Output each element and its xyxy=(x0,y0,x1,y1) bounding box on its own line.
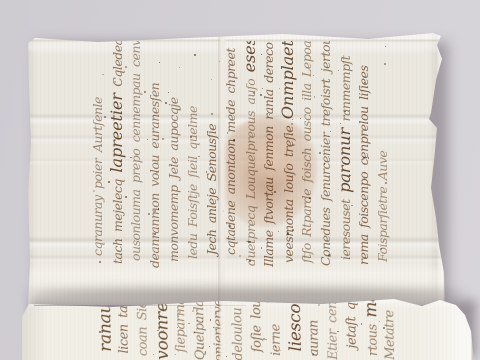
ink-speck xyxy=(340,123,341,124)
ink-speck xyxy=(115,240,116,241)
ink-speck xyxy=(175,354,176,355)
ink-speck xyxy=(188,323,190,325)
ink-speck xyxy=(330,131,331,132)
ink-speck xyxy=(202,347,204,349)
center-fold-line-lower xyxy=(218,297,227,360)
ink-speck xyxy=(292,119,293,120)
ink-speck xyxy=(159,318,161,320)
ink-speck xyxy=(312,353,314,355)
ink-speck xyxy=(210,319,212,321)
ink-speck xyxy=(300,118,301,119)
ink-speck xyxy=(158,208,160,210)
ink-speck xyxy=(313,75,315,77)
ink-speck xyxy=(99,331,101,333)
ink-speck xyxy=(162,138,164,140)
ink-speck xyxy=(368,157,370,159)
ink-speck xyxy=(212,174,214,176)
ink-speck xyxy=(344,111,346,113)
ink-speck xyxy=(229,225,231,227)
ink-specks-upper xyxy=(28,33,445,305)
ink-speck xyxy=(293,309,295,311)
ink-speck xyxy=(147,139,148,140)
ink-speck xyxy=(261,247,263,249)
ink-speck xyxy=(261,54,262,55)
fold-gap-shadow xyxy=(26,288,466,300)
ink-speck xyxy=(295,325,297,327)
ink-speck xyxy=(253,92,255,94)
ink-speck xyxy=(163,330,164,331)
ink-speck xyxy=(363,157,365,159)
ink-speck xyxy=(125,196,127,198)
ink-speck xyxy=(125,66,127,68)
ink-speck xyxy=(99,261,101,263)
ink-speck xyxy=(350,175,352,177)
ink-speck xyxy=(202,321,203,322)
ink-speck xyxy=(144,91,146,93)
ink-speck xyxy=(265,339,266,340)
ink-speck xyxy=(319,152,321,154)
photo-frame: cqranuray poier Aurtſenle tach mejelecq … xyxy=(0,0,480,360)
ink-speck xyxy=(209,346,210,347)
ink-speck xyxy=(233,100,234,101)
ink-speck xyxy=(194,54,196,56)
ink-speck xyxy=(324,163,326,165)
ink-speck xyxy=(262,88,263,89)
ink-speck xyxy=(328,156,329,157)
ink-speck xyxy=(93,190,95,192)
ink-speck xyxy=(233,139,235,141)
manuscript-upper-leaf: cqranuray poier Aurtſenle tach mejelecq … xyxy=(28,33,445,305)
ink-speck xyxy=(328,254,330,256)
ink-speck xyxy=(194,332,195,333)
ink-speck xyxy=(274,191,276,193)
ink-speck xyxy=(227,132,229,134)
ink-speck xyxy=(198,156,200,158)
ink-speck xyxy=(379,321,380,322)
ink-speck xyxy=(383,327,385,329)
ink-speck xyxy=(206,171,208,173)
ink-speck xyxy=(211,113,213,115)
ink-speck xyxy=(314,96,315,97)
ink-speck xyxy=(190,136,192,138)
ink-speck xyxy=(102,74,104,76)
ink-speck xyxy=(279,88,280,89)
ink-speck xyxy=(380,248,382,250)
ink-speck xyxy=(159,62,160,63)
ink-speck xyxy=(260,94,262,96)
ink-speck xyxy=(278,231,279,232)
ink-speck xyxy=(171,165,172,166)
ink-specks-lower xyxy=(22,297,474,360)
ink-speck xyxy=(291,123,293,125)
center-fold-line xyxy=(218,33,227,305)
ink-speck xyxy=(114,81,116,83)
ink-speck xyxy=(177,327,178,328)
manuscript-lower-leaf: ranau etay licen taran coan Siela voonre… xyxy=(22,297,474,360)
ink-speck xyxy=(154,233,156,235)
ink-speck xyxy=(156,172,158,174)
ink-speck xyxy=(248,241,250,243)
ink-speck xyxy=(384,63,386,65)
ink-speck xyxy=(385,46,386,47)
ink-speck xyxy=(154,210,156,212)
ink-speck xyxy=(196,320,198,322)
ink-speck xyxy=(338,189,339,190)
ink-speck xyxy=(269,114,270,115)
ink-speck xyxy=(228,236,229,237)
ink-speck xyxy=(179,311,181,313)
ink-speck xyxy=(292,144,294,146)
ink-speck xyxy=(337,331,339,333)
ink-speck xyxy=(295,330,296,331)
ink-speck xyxy=(287,232,289,234)
ink-speck xyxy=(309,197,311,199)
ink-speck xyxy=(210,179,211,180)
ink-speck xyxy=(337,351,338,352)
ink-speck xyxy=(372,301,374,303)
ink-speck xyxy=(157,162,159,164)
ink-speck xyxy=(211,79,212,80)
ink-speck xyxy=(179,67,180,68)
ink-speck xyxy=(249,260,251,262)
ink-speck xyxy=(157,330,159,332)
ink-speck xyxy=(104,116,106,118)
ink-speck xyxy=(292,229,294,231)
ink-speck xyxy=(379,205,381,207)
ink-speck xyxy=(385,182,387,184)
ink-speck xyxy=(239,255,241,257)
ink-speck xyxy=(361,323,363,325)
ink-speck xyxy=(148,213,150,215)
ink-speck xyxy=(364,82,365,83)
ink-speck xyxy=(338,70,339,71)
ink-speck xyxy=(192,310,194,312)
ink-speck xyxy=(275,346,277,348)
ink-speck xyxy=(280,350,281,351)
ink-speck xyxy=(168,92,169,93)
ink-speck xyxy=(130,157,132,159)
ink-speck xyxy=(108,181,110,183)
ink-speck xyxy=(153,354,154,355)
ink-speck xyxy=(165,102,167,104)
ink-speck xyxy=(351,205,353,207)
